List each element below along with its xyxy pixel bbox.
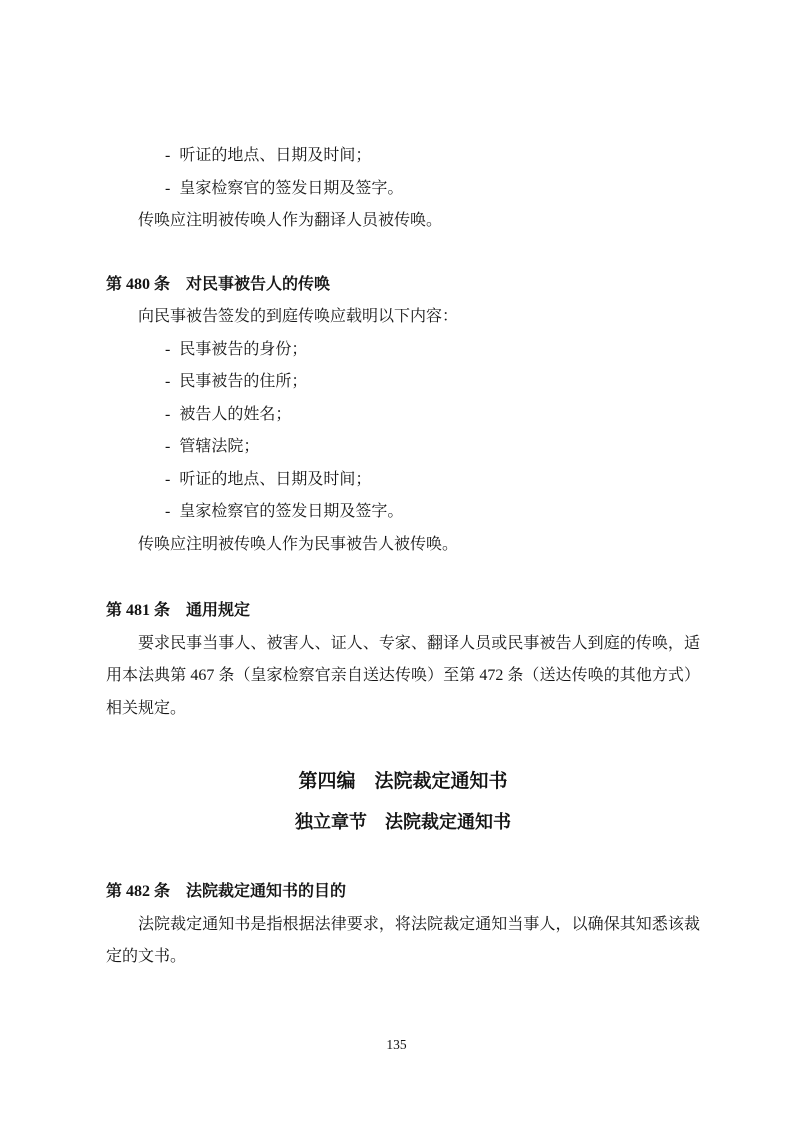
list-item: -被告人的姓名； [106,399,700,432]
list-item-text: 听证的地点、日期及时间； [179,147,371,164]
chapter-heading: 独立章节 法院裁定通知书 [106,809,700,835]
bullet-marker: - [165,366,170,399]
list-item-text: 皇家检察官的签发日期及签字。 [179,503,403,520]
list-item: -皇家检察官的签发日期及签字。 [106,496,700,529]
bullet-marker: - [165,399,170,432]
paragraph-line: 法院裁定通知书是指根据法律要求，将法院裁定通知当事人，以确保其知悉该裁 [106,909,700,942]
document-body: -听证的地点、日期及时间； -皇家检察官的签发日期及签字。 传唤应注明被传唤人作… [0,0,793,974]
list-item: -听证的地点、日期及时间； [106,464,700,497]
paragraph-line: 定的文书。 [106,941,700,974]
list-item-text: 民事被告的住所； [179,373,307,390]
list-item-text: 民事被告的身份； [179,341,307,358]
list-item-text: 听证的地点、日期及时间； [179,471,371,488]
bullet-marker: - [165,173,170,206]
list-item: -民事被告的住所； [106,366,700,399]
paragraph-line: 要求民事当事人、被害人、证人、专家、翻译人员或民事被告人到庭的传唤，适 [106,628,700,661]
list-item-text: 管辖法院； [179,438,259,455]
bullet-marker: - [165,334,170,367]
list-item-text: 被告人的姓名； [179,406,291,423]
bullet-marker: - [165,464,170,497]
article-heading-480: 第 480 条 对民事被告人的传唤 [106,269,700,302]
paragraph: 传唤应注明被传唤人作为民事被告人被传唤。 [106,529,700,562]
list-item: -管辖法院； [106,431,700,464]
list-item: -皇家检察官的签发日期及签字。 [106,173,700,206]
article-heading-482: 第 482 条 法院裁定通知书的目的 [106,876,700,909]
paragraph: 向民事被告签发的到庭传唤应载明以下内容： [106,301,700,334]
paragraph: 传唤应注明被传唤人作为翻译人员被传唤。 [106,205,700,238]
document-page: -听证的地点、日期及时间； -皇家检察官的签发日期及签字。 传唤应注明被传唤人作… [0,0,793,1122]
part-heading: 第四编 法院裁定通知书 [106,769,700,795]
bullet-marker: - [165,496,170,529]
paragraph-line: 用本法典第 467 条（皇家检察官亲自送达传唤）至第 472 条（送达传唤的其他… [106,660,700,693]
bullet-marker: - [165,140,170,173]
list-item: -民事被告的身份； [106,334,700,367]
paragraph-line: 相关规定。 [106,693,700,726]
article-heading-481: 第 481 条 通用规定 [106,595,700,628]
page-number: 135 [0,1038,793,1052]
list-item: -听证的地点、日期及时间； [106,140,700,173]
list-item-text: 皇家检察官的签发日期及签字。 [179,180,403,197]
bullet-marker: - [165,431,170,464]
